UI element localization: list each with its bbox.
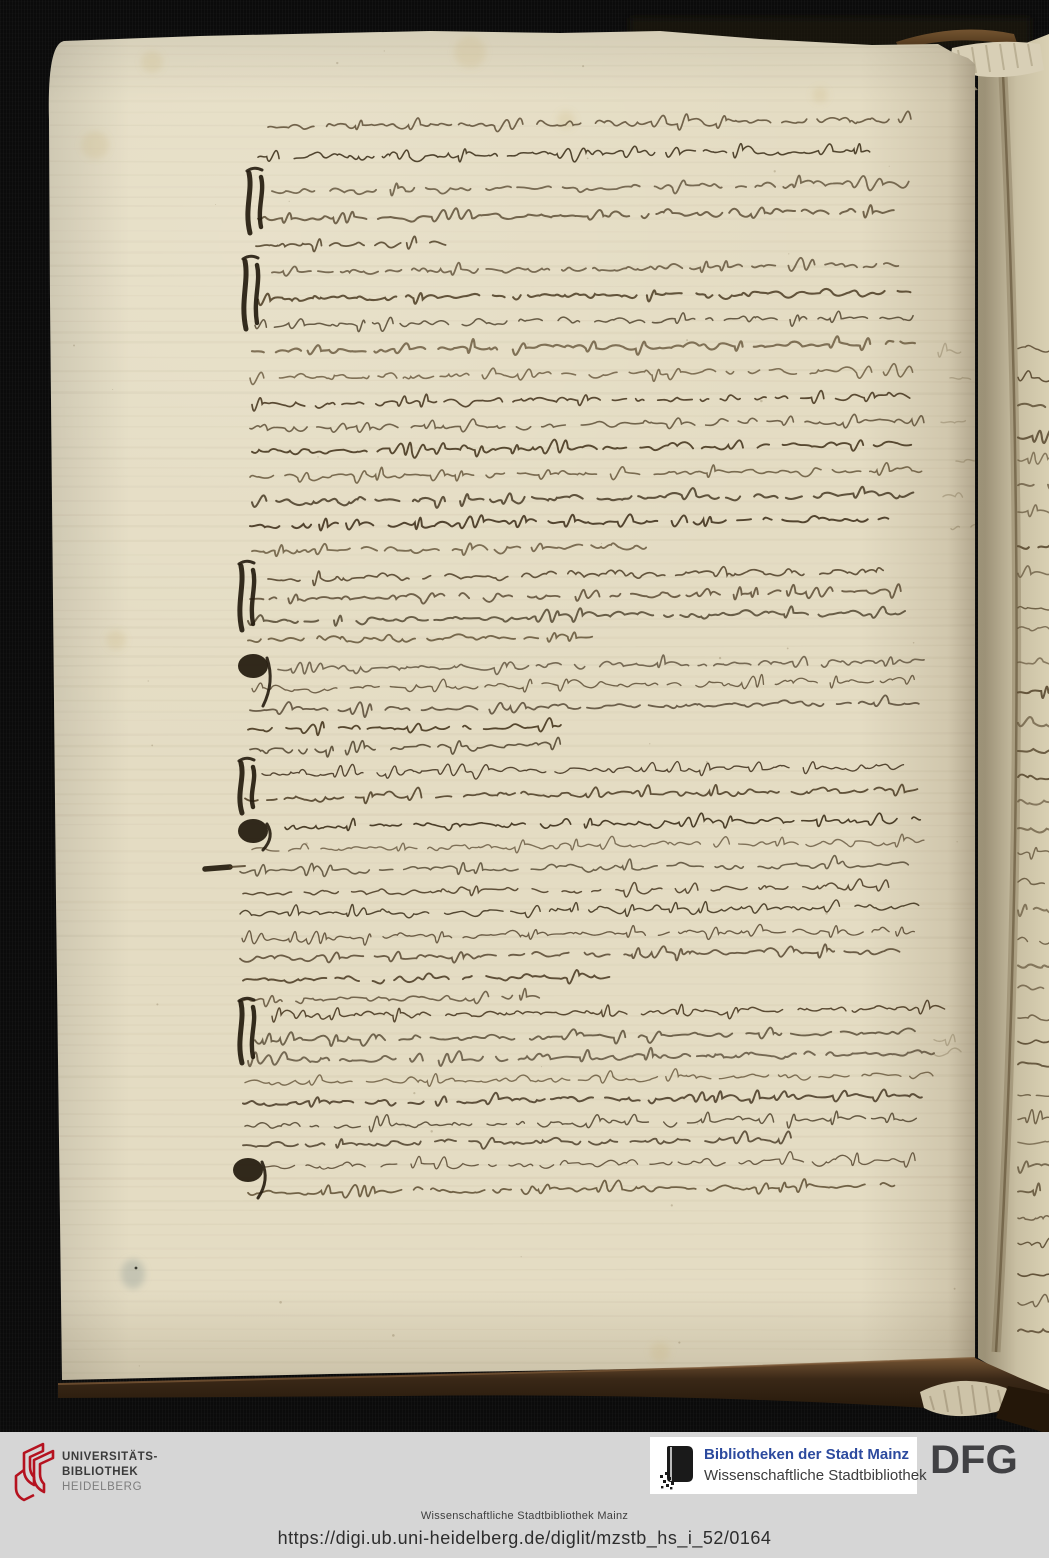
footer-bar: UNIVERSITÄTS- BIBLIOTHEK HEIDELBERG Bibl… — [0, 1432, 1049, 1558]
heidelberg-logo: UNIVERSITÄTS- BIBLIOTHEK HEIDELBERG — [10, 1440, 240, 1504]
heidelberg-logo-line1: UNIVERSITÄTS- — [62, 1450, 158, 1465]
mainz-logo: Bibliotheken der Stadt Mainz Wissenschaf… — [650, 1437, 917, 1494]
mainz-logo-line1: Bibliotheken der Stadt Mainz — [704, 1444, 927, 1465]
footer-caption: Wissenschaftliche Stadtbibliothek Mainz — [0, 1510, 1049, 1522]
manuscript-page — [49, 31, 983, 1381]
dfg-logo: DFG — [930, 1438, 1046, 1483]
heidelberg-book-icon — [10, 1440, 56, 1502]
facing-page — [978, 34, 1049, 1400]
heidelberg-logo-line3: HEIDELBERG — [62, 1480, 158, 1495]
book-photo — [49, 18, 1049, 1434]
footer-url: https://digi.ub.uni-heidelberg.de/diglit… — [0, 1528, 1049, 1549]
heidelberg-logo-line2: BIBLIOTHEK — [62, 1465, 158, 1480]
mainz-logo-line2: Wissenschaftliche Stadtbibliothek — [704, 1465, 927, 1486]
ink-smudge — [121, 1259, 145, 1289]
book-scan — [0, 0, 1049, 1558]
mainz-book-icon — [659, 1444, 699, 1490]
